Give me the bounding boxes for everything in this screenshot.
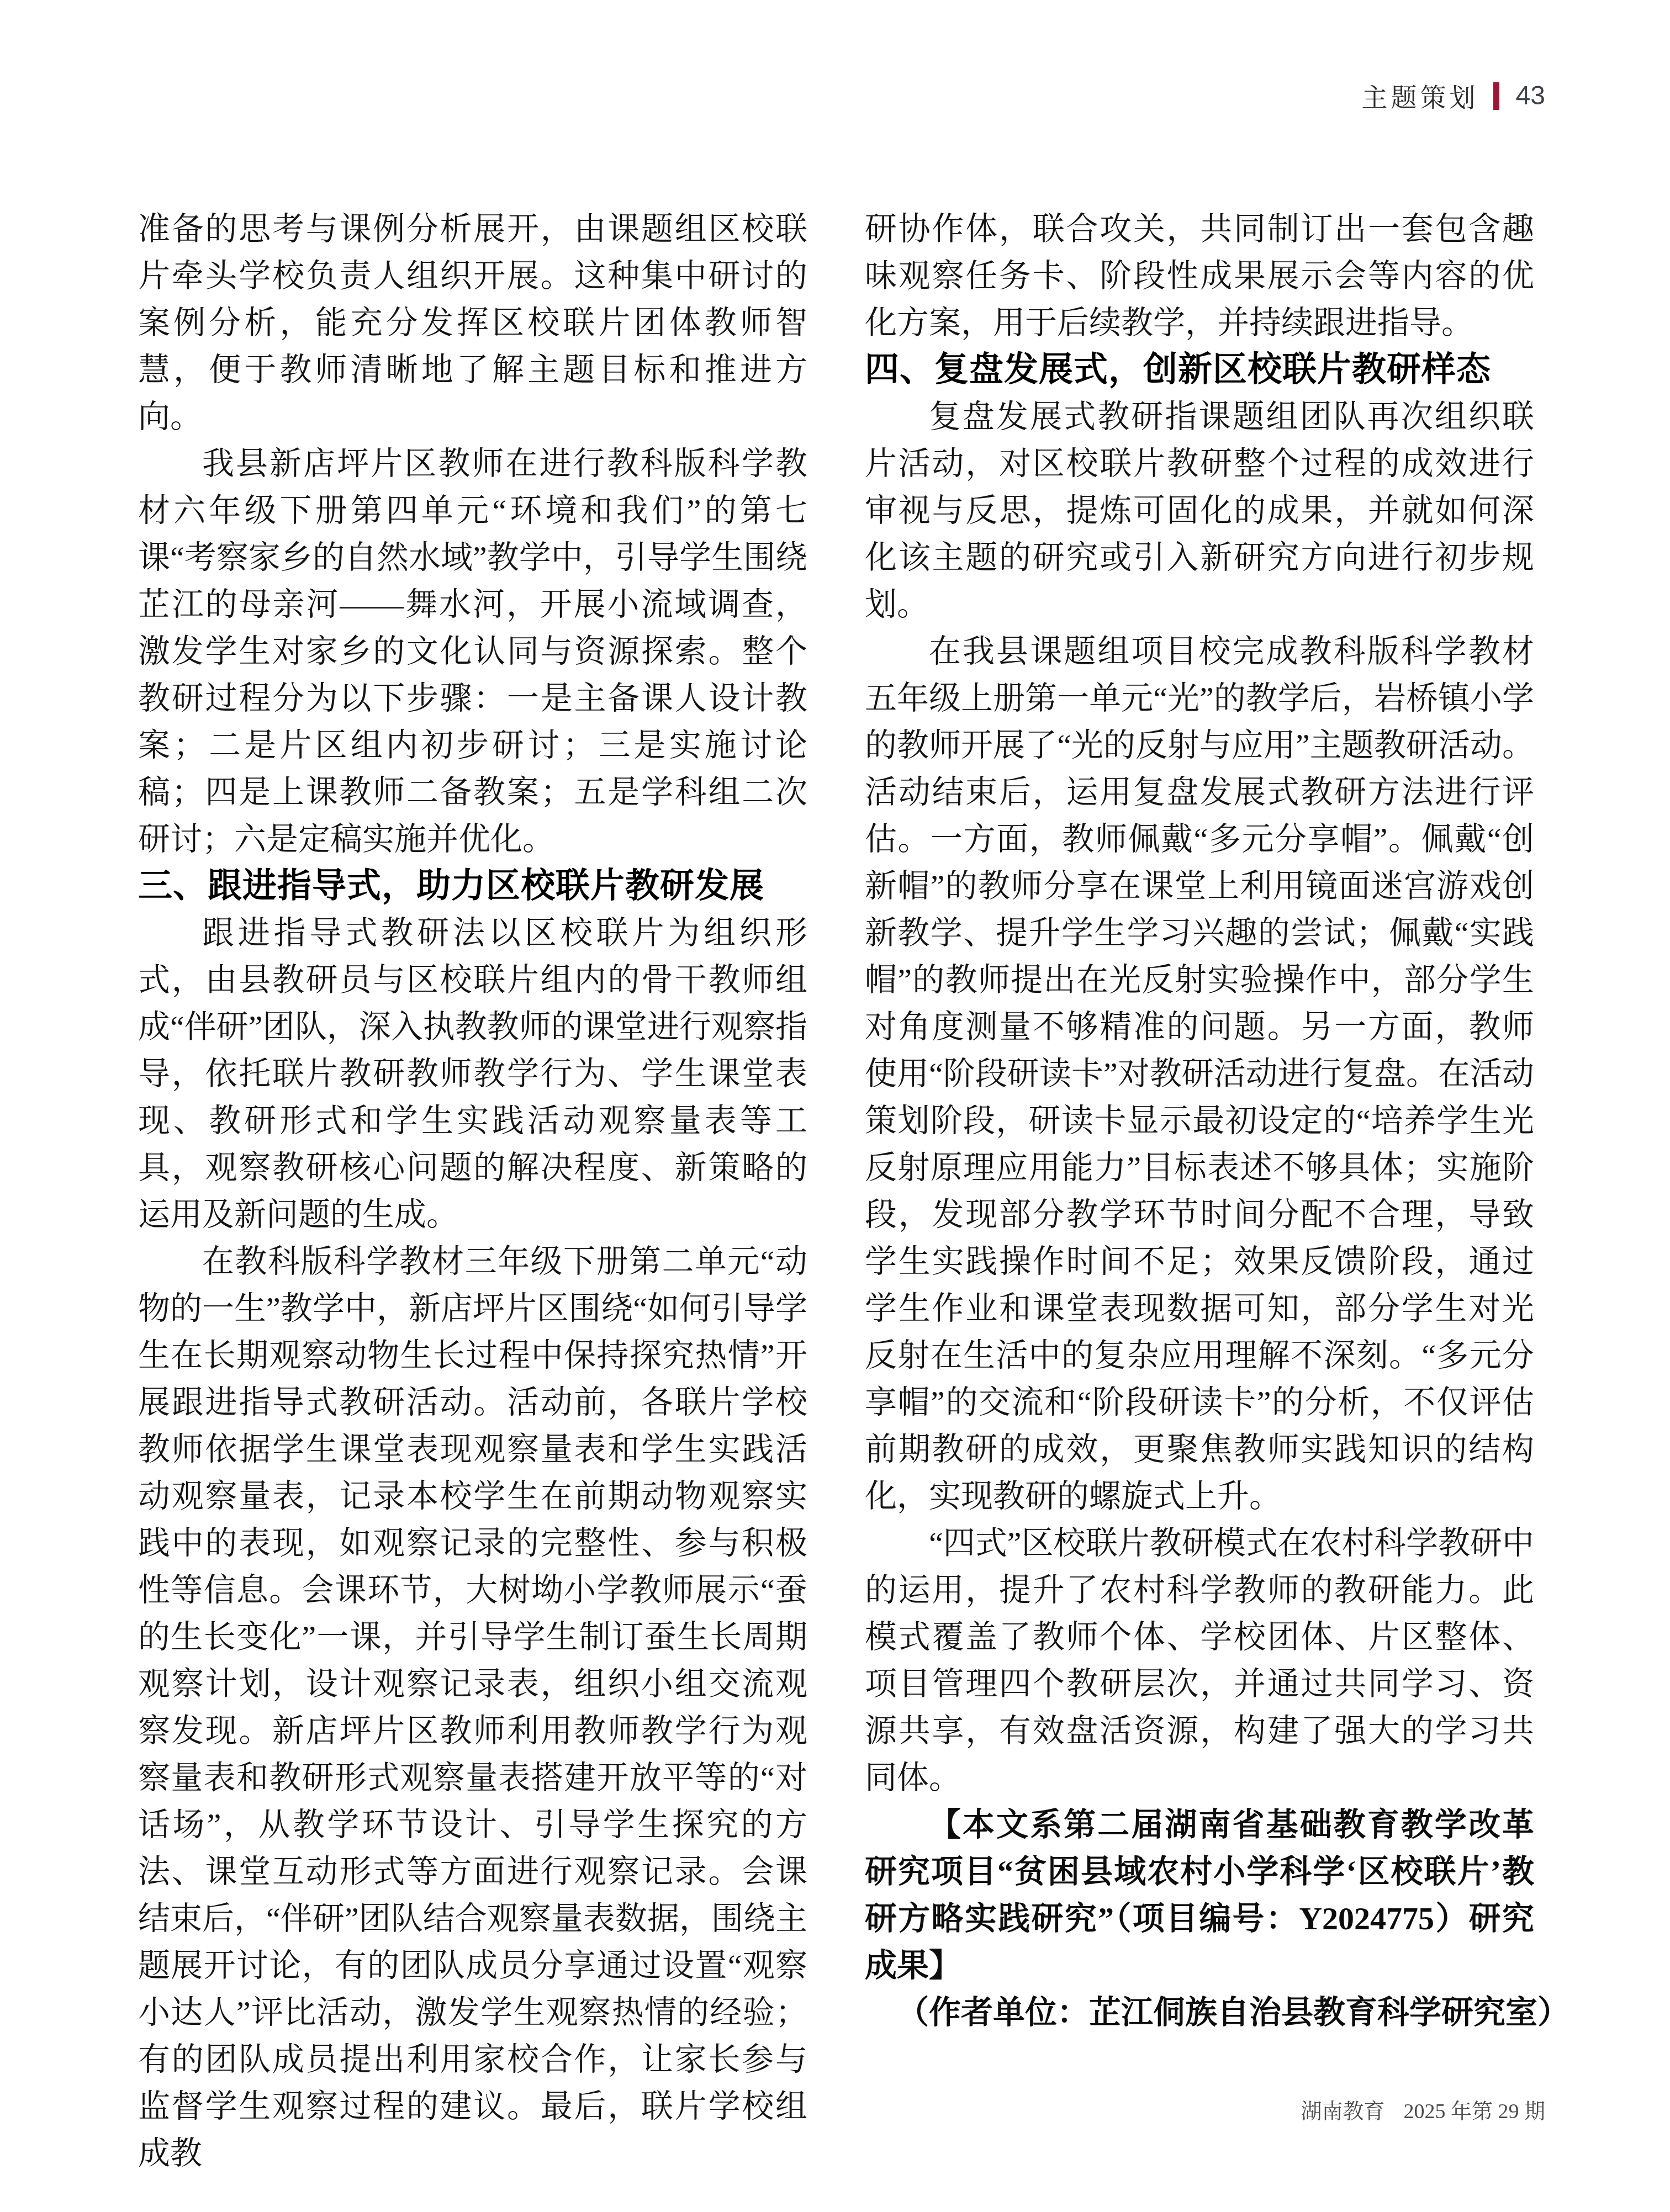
paragraph: 复盘发展式教研指课题组团队再次组织联片活动，对区校联片教研整个过程的成效进行审视… (865, 393, 1534, 628)
author-affiliation: （作者单位：芷江侗族自治县教育科学研究室） (865, 1989, 1534, 2036)
page-header: 主题策划 43 (1362, 77, 1545, 114)
paragraph-continuation: 准备的思考与课例分析展开，由课题组区校联片牵头学校负责人组织开展。这种集中研讨的… (138, 205, 807, 440)
section-heading-four: 四、复盘发展式，创新区校联片教研样态 (865, 346, 1534, 393)
issue-number: 2025 年第 29 期 (1403, 2100, 1545, 2123)
section-label: 主题策划 (1362, 77, 1479, 114)
left-column: 准备的思考与课例分析展开，由课题组区校联片牵头学校负责人组织开展。这种集中研讨的… (138, 205, 807, 2177)
funding-note: 【本文系第二届湖南省基础教育教学改革研究项目“贫困县域农村小学科学‘区校联片’教… (865, 1801, 1534, 1989)
journal-name: 湖南教育 (1301, 2100, 1384, 2123)
paragraph-continuation: 研协作体，联合攻关，共同制订出一套包含趣味观察任务卡、阶段性成果展示会等内容的优… (865, 205, 1534, 346)
page-number: 43 (1516, 81, 1545, 111)
paragraph: 在我县课题组项目校完成教科版科学教材五年级上册第一单元“光”的教学后，岩桥镇小学… (865, 628, 1534, 1520)
paragraph: 在教科版科学教材三年级下册第二单元“动物的一生”教学中，新店坪片区围绕“如何引导… (138, 1238, 807, 2177)
paragraph: 我县新店坪片区教师在进行教科版科学教材六年级下册第四单元“环境和我们”的第七课“… (138, 440, 807, 862)
paragraph: “四式”区校联片教研模式在农村科学教研中的运用，提升了农村科学教师的教研能力。此… (865, 1520, 1534, 1801)
header-divider-bar (1493, 82, 1499, 110)
section-heading-three: 三、跟进指导式，助力区校联片教研发展 (138, 862, 807, 909)
right-column: 研协作体，联合攻关，共同制订出一套包含趣味观察任务卡、阶段性成果展示会等内容的优… (865, 205, 1534, 2036)
paragraph: 跟进指导式教研法以区校联片为组织形式，由县教研员与区校联片组内的骨干教师组成“伴… (138, 909, 807, 1238)
page-footer: 湖南教育2025 年第 29 期 (1301, 2094, 1545, 2124)
